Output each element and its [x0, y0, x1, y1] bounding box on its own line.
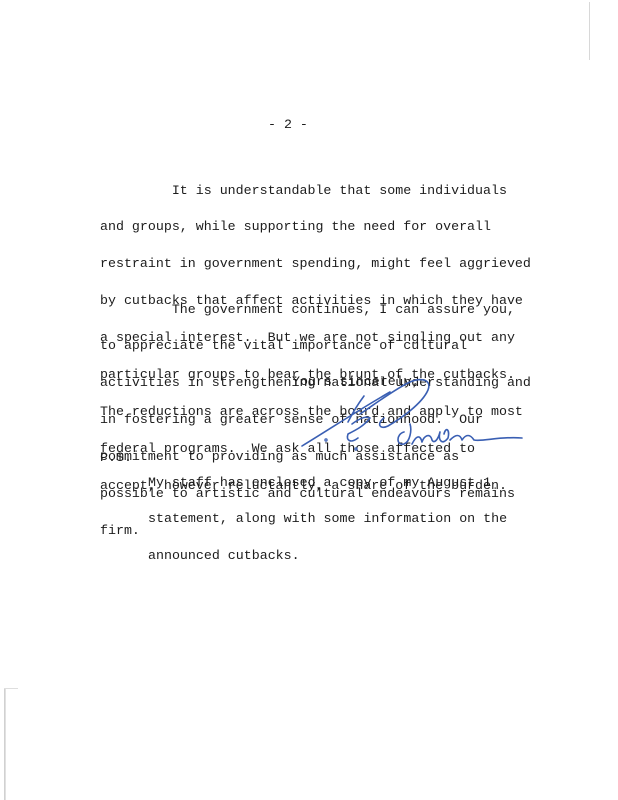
- text-line: My staff has enclosed a copy of my Augus…: [148, 477, 507, 489]
- scan-edge-artifact: [4, 688, 18, 689]
- scan-edge-artifact: [4, 688, 6, 800]
- text-line: The government continues, I can assure y…: [100, 304, 531, 316]
- page-number: - 2 -: [268, 118, 308, 132]
- signature: [300, 374, 530, 456]
- scan-edge-artifact: [589, 2, 590, 60]
- text-line: It is understandable that some individua…: [100, 185, 531, 197]
- text-line: statement, along with some information o…: [148, 513, 507, 525]
- text-line: announced cutbacks.: [148, 550, 507, 562]
- text-line: and groups, while supporting the need fo…: [100, 221, 531, 233]
- letter-page: - 2 - It is understandable that some ind…: [0, 0, 618, 800]
- postscript-body: My staff has enclosed a copy of my Augus…: [148, 452, 507, 587]
- text-line: restraint in government spending, might …: [100, 258, 531, 270]
- text-line: to appreciate the vital importance of cu…: [100, 340, 531, 352]
- postscript-label: P.S.: [100, 452, 132, 464]
